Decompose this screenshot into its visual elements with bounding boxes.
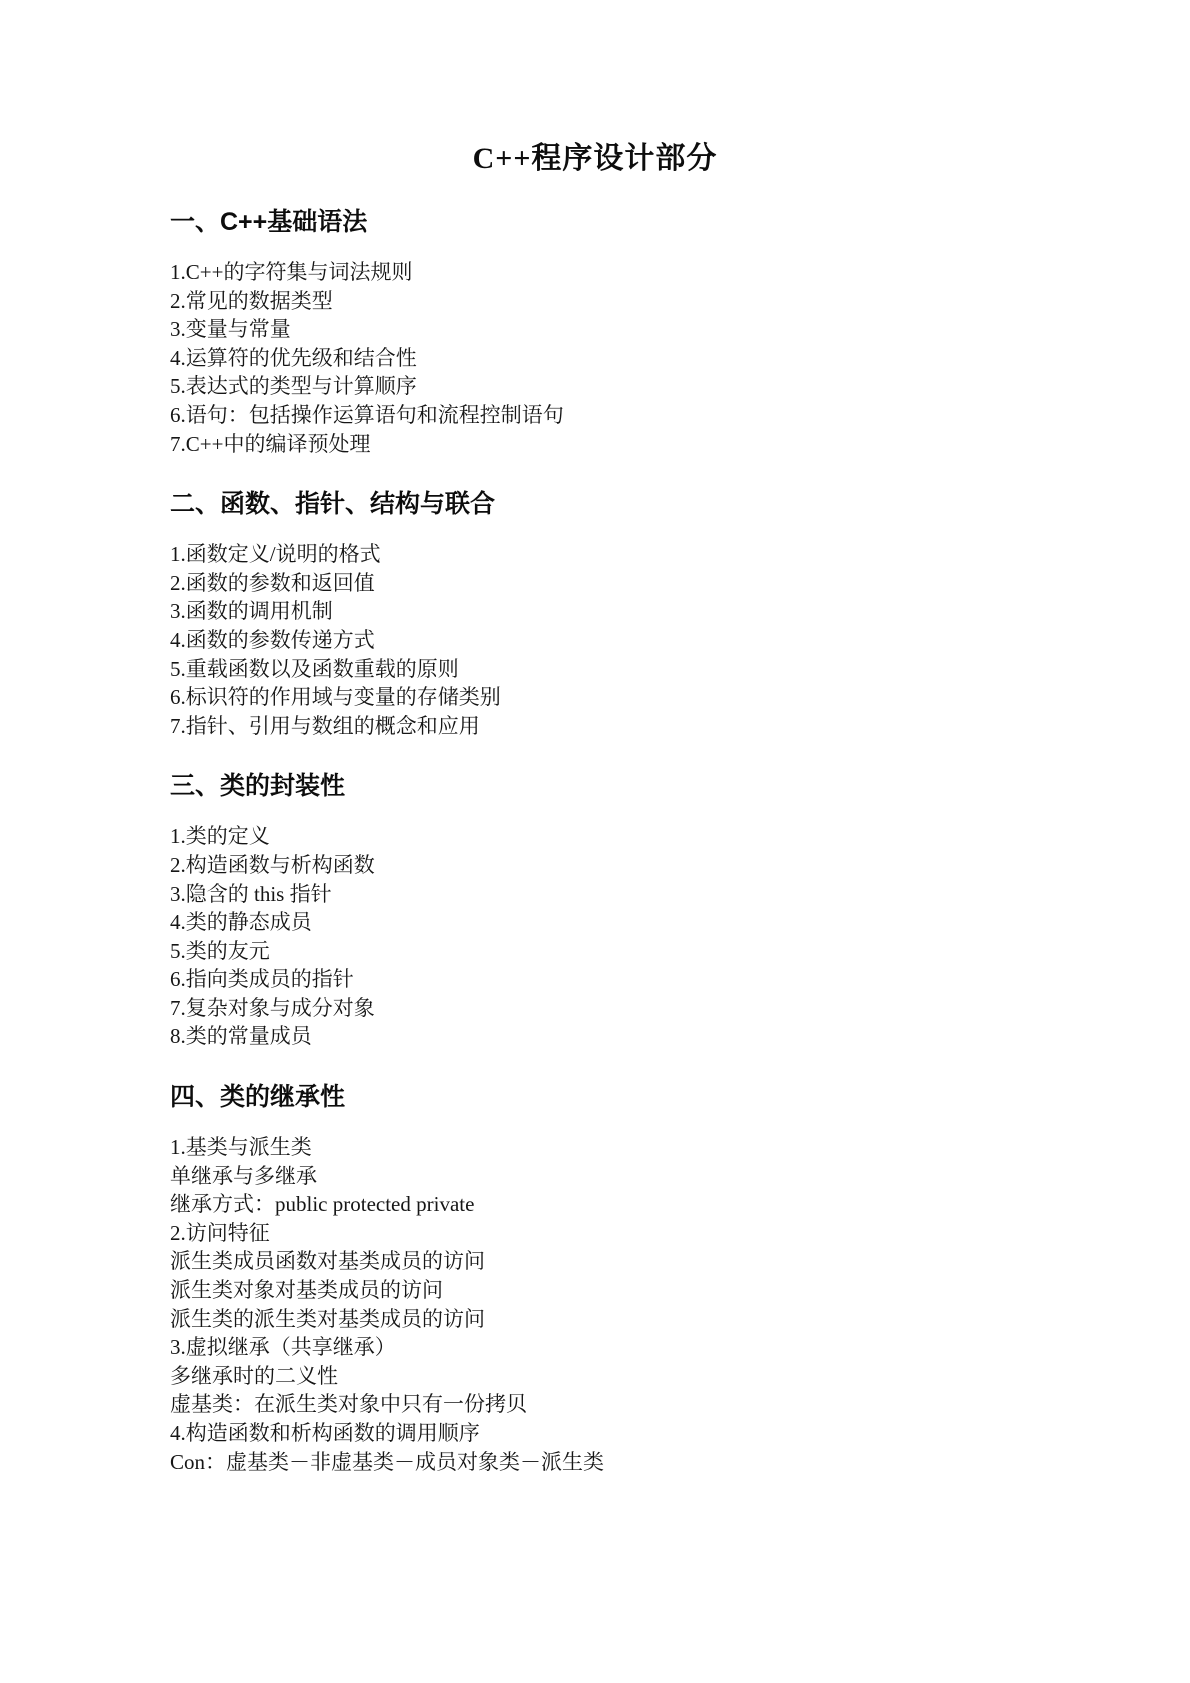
list-item: 6.标识符的作用域与变量的存储类别 [170, 683, 1020, 712]
list-item: 3.虚拟继承（共享继承） [170, 1333, 1020, 1362]
list-item: 7.指针、引用与数组的概念和应用 [170, 712, 1020, 741]
list-item: 1.类的定义 [170, 822, 1020, 851]
section-class-encapsulation: 三、类的封装性 1.类的定义 2.构造函数与析构函数 3.隐含的 this 指针… [170, 770, 1020, 1051]
list-item: 5.重载函数以及函数重载的原则 [170, 655, 1020, 684]
list-item: 2.常见的数据类型 [170, 287, 1020, 316]
list-item: 派生类的派生类对基类成员的访问 [170, 1305, 1020, 1334]
section-heading-1: 一、C++基础语法 [170, 206, 1020, 238]
section-class-inheritance: 四、类的继承性 1.基类与派生类 单继承与多继承 继承方式：public pro… [170, 1081, 1020, 1476]
list-item: 派生类成员函数对基类成员的访问 [170, 1247, 1020, 1276]
list-item: 6.语句：包括操作运算语句和流程控制语句 [170, 401, 1020, 430]
list-item: 3.隐含的 this 指针 [170, 880, 1020, 909]
section-heading-2: 二、函数、指针、结构与联合 [170, 488, 1020, 520]
page-title: C++程序设计部分 [170, 140, 1020, 178]
list-item: 虚基类：在派生类对象中只有一份拷贝 [170, 1390, 1020, 1419]
list-item: 派生类对象对基类成员的访问 [170, 1276, 1020, 1305]
list-item: 3.函数的调用机制 [170, 597, 1020, 626]
list-item: 7.C++中的编译预处理 [170, 430, 1020, 459]
list-item: 2.访问特征 [170, 1219, 1020, 1248]
list-item: 4.函数的参数传递方式 [170, 626, 1020, 655]
list-item: 7.复杂对象与成分对象 [170, 994, 1020, 1023]
document-page: C++程序设计部分 一、C++基础语法 1.C++的字符集与词法规则 2.常见的… [0, 0, 1190, 1683]
list-item: 1.函数定义/说明的格式 [170, 540, 1020, 569]
list-item: Con：虚基类－非虚基类－成员对象类－派生类 [170, 1448, 1020, 1477]
list-item: 3.变量与常量 [170, 315, 1020, 344]
section-cpp-basic-syntax: 一、C++基础语法 1.C++的字符集与词法规则 2.常见的数据类型 3.变量与… [170, 206, 1020, 458]
list-item: 5.表达式的类型与计算顺序 [170, 372, 1020, 401]
list-item: 继承方式：public protected private [170, 1190, 1020, 1219]
list-item: 8.类的常量成员 [170, 1022, 1020, 1051]
list-item: 4.运算符的优先级和结合性 [170, 344, 1020, 373]
list-item: 4.构造函数和析构函数的调用顺序 [170, 1419, 1020, 1448]
list-item: 6.指向类成员的指针 [170, 965, 1020, 994]
list-item: 2.构造函数与析构函数 [170, 851, 1020, 880]
list-item: 4.类的静态成员 [170, 908, 1020, 937]
section-functions-pointers-structs-unions: 二、函数、指针、结构与联合 1.函数定义/说明的格式 2.函数的参数和返回值 3… [170, 488, 1020, 740]
list-item: 1.基类与派生类 [170, 1133, 1020, 1162]
list-item: 1.C++的字符集与词法规则 [170, 258, 1020, 287]
list-item: 2.函数的参数和返回值 [170, 569, 1020, 598]
section-heading-3: 三、类的封装性 [170, 770, 1020, 802]
list-item: 多继承时的二义性 [170, 1362, 1020, 1391]
list-item: 5.类的友元 [170, 937, 1020, 966]
section-heading-4: 四、类的继承性 [170, 1081, 1020, 1113]
list-item: 单继承与多继承 [170, 1162, 1020, 1191]
